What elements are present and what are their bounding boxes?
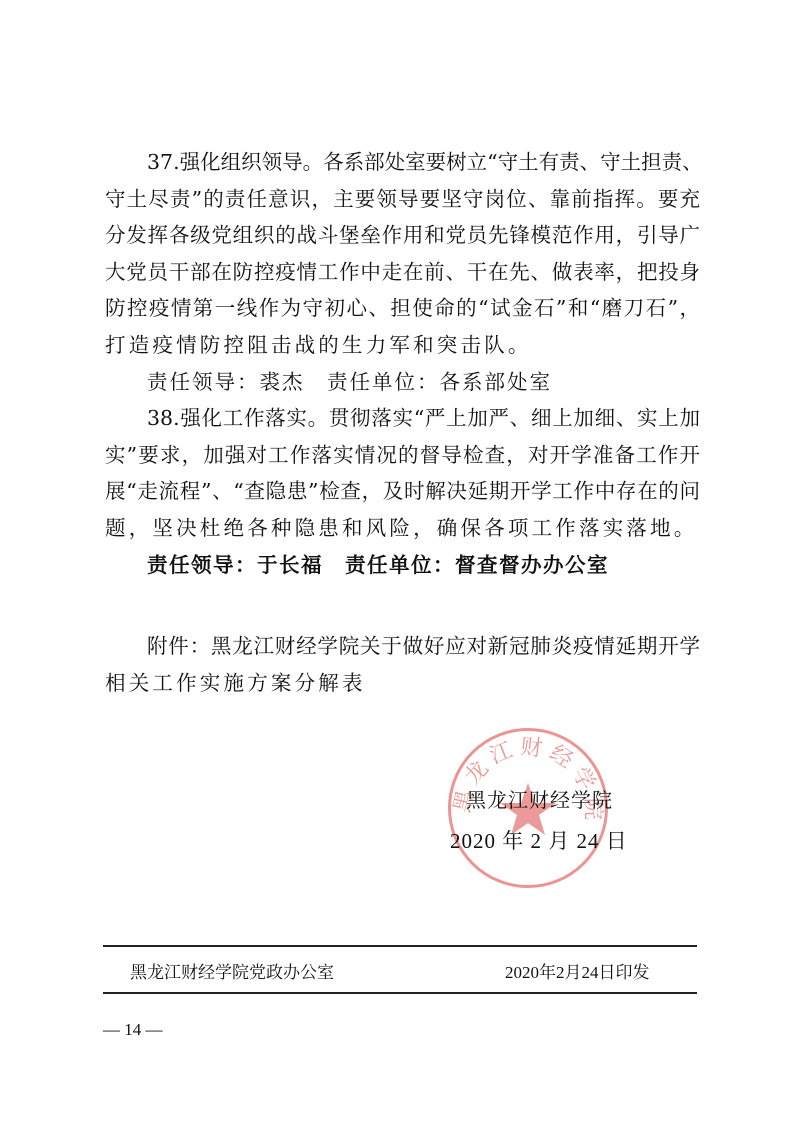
attachment-line-2: 相关工作实施方案分解表 <box>105 671 700 695</box>
para37-line-5: 防控疫情第一线作为守初心、担使命的“试金石”和“磨刀石”， <box>105 296 700 320</box>
para38-line-3: 展“走流程”、“查隐患”检查，及时解决延期开学工作中存在的问 <box>105 479 700 503</box>
footer-issuer: 黑龙江财经学院党政办公室 <box>130 958 334 983</box>
para37-line-2: 守土尽责”的责任意识，主要领导要坚守岗位、靠前指挥。要充 <box>105 187 700 211</box>
para37-line-3: 分发挥各级党组织的战斗堡垒作用和党员先锋模范作用，引导广 <box>105 223 700 247</box>
footer-bottom-rule <box>103 992 697 994</box>
footer-top-rule <box>103 945 697 947</box>
para38-responsibility: 责任领导：于长福 责任单位：督查督办办公室 <box>147 553 700 577</box>
para38-line-2: 实”要求，加强对工作落实情况的督导检查，对开学准备工作开 <box>105 443 700 467</box>
para37-line-1: 37.强化组织领导。各系部处室要树立“守土有责、守土担责、 <box>147 150 700 174</box>
attachment-line-1: 附件：黑龙江财经学院关于做好应对新冠肺炎疫情延期开学 <box>147 634 700 658</box>
para37-responsibility: 责任领导：裘杰 责任单位：各系部处室 <box>147 370 700 394</box>
para37-line-4: 大党员干部在防控疫情工作中走在前、干在先、做表率，把投身 <box>105 260 700 284</box>
signature-org: 黑龙江财经学院 <box>466 784 613 813</box>
para38-line-1: 38.强化工作落实。贯彻落实“严上加严、细上加细、实上加 <box>147 406 700 430</box>
footer-issue-date: 2020年2月24日印发 <box>505 958 650 983</box>
page-number: — 14 — <box>103 1020 163 1040</box>
signature-date: 2020 年 2 月 24 日 <box>450 825 628 855</box>
para38-line-4: 题，坚决杜绝各种隐患和风险，确保各项工作落实落地。 <box>105 516 700 540</box>
para37-line-6: 打造疫情防控阻击战的生力军和突击队。 <box>105 333 700 357</box>
